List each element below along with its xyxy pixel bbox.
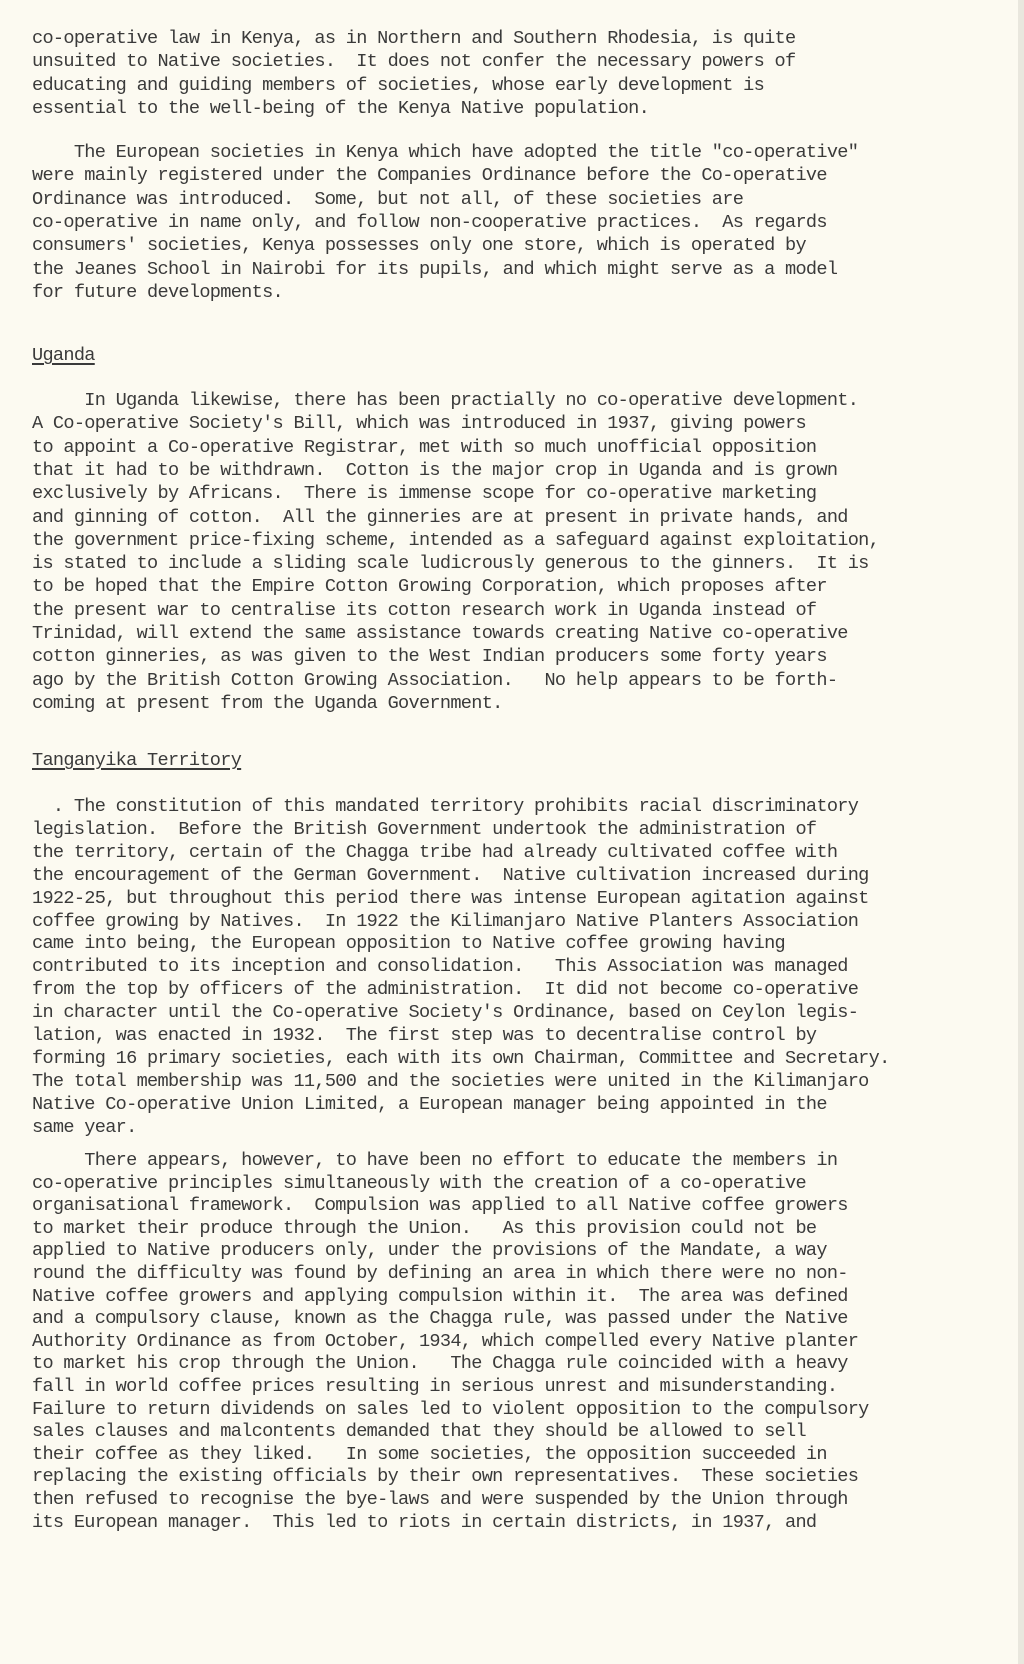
paragraph-line: cotton ginneries, as was given to the We… <box>32 646 827 668</box>
paragraph-line: Native coffee growers and applying compu… <box>32 1286 848 1308</box>
paragraph-line: co-operative in name only, and follow no… <box>32 212 827 234</box>
paragraph-line: Native Co-operative Union Limited, a Eur… <box>32 1094 827 1116</box>
paragraph-line: to be hoped that the Empire Cotton Growi… <box>32 576 827 598</box>
paragraph-line: from the top by officers of the administ… <box>32 979 858 1001</box>
typewritten-page: co-operative law in Kenya, as in Norther… <box>0 0 1018 1664</box>
paragraph-line: the territory, certain of the Chagga tri… <box>32 842 837 864</box>
paragraph-line: There appears, however, to have been no … <box>32 1150 837 1172</box>
paragraph-line: to market his crop through the Union. Th… <box>32 1353 848 1375</box>
paragraph-line: the government price-fixing scheme, inte… <box>32 530 879 552</box>
paragraph-line: Failure to return dividends on sales led… <box>32 1399 869 1421</box>
paragraph-line: educating and guiding members of societi… <box>32 75 764 97</box>
paragraph-line: is stated to include a sliding scale lud… <box>32 553 869 575</box>
paragraph-line: Trinidad, will extend the same assistanc… <box>32 623 848 645</box>
paragraph-line: their coffee as they liked. In some soci… <box>32 1444 827 1466</box>
paragraph-line: sales clauses and malcontents demanded t… <box>32 1421 806 1443</box>
paragraph-line: co-operative principles simultaneously w… <box>32 1173 806 1195</box>
paragraph-line: the Jeanes School in Nairobi for its pup… <box>32 259 837 281</box>
paragraph-line: were mainly registered under the Compani… <box>32 165 827 187</box>
paragraph-line: the present war to centralise its cotton… <box>32 600 816 622</box>
paragraph-line: 1922-25, but throughout this period ther… <box>32 888 869 910</box>
paragraph-line: lation, was enacted in 1932. The first s… <box>32 1025 816 1047</box>
paragraph-line: co-operative law in Kenya, as in Norther… <box>32 28 795 50</box>
paragraph-line: legislation. Before the British Governme… <box>32 819 816 841</box>
paragraph-line: fall in world coffee prices resulting in… <box>32 1376 837 1398</box>
paragraph-line: round the difficulty was found by defini… <box>32 1263 848 1285</box>
section-heading: Uganda <box>32 345 95 367</box>
paragraph-line: coming at present from the Uganda Govern… <box>32 693 503 715</box>
paragraph-line: same year. <box>32 1117 137 1139</box>
section-heading: Tanganyika Territory <box>32 750 241 772</box>
paragraph-line: the encouragement of the German Governme… <box>32 865 869 887</box>
paragraph-line: to appoint a Co-operative Registrar, met… <box>32 437 816 459</box>
paragraph-line: and a compulsory clause, known as the Ch… <box>32 1308 848 1330</box>
paragraph-line: Authority Ordinance as from October, 193… <box>32 1331 858 1353</box>
paragraph-line: its European manager. This led to riots … <box>32 1512 816 1534</box>
paragraph-line: coffee growing by Natives. In 1922 the K… <box>32 911 858 933</box>
paragraph-line: In Uganda likewise, there has been pract… <box>32 390 858 412</box>
paragraph-line: that it had to be withdrawn. Cotton is t… <box>32 460 837 482</box>
paragraph-line: essential to the well-being of the Kenya… <box>32 98 649 120</box>
paragraph-line: applied to Native producers only, under … <box>32 1240 827 1262</box>
paragraph-line: then refused to recognise the bye-laws a… <box>32 1489 848 1511</box>
paragraph-line: . The constitution of this mandated terr… <box>32 796 858 818</box>
paragraph-line: to market their produce through the Unio… <box>32 1218 816 1240</box>
paragraph-line: for future developments. <box>32 282 283 304</box>
paragraph-line: exclusively by Africans. There is immens… <box>32 483 816 505</box>
paper-edge <box>1018 0 1024 1664</box>
paragraph-line: in character until the Co-operative Soci… <box>32 1002 858 1024</box>
paragraph-line: ago by the British Cotton Growing Associ… <box>32 670 837 692</box>
paragraph-line: contributed to its inception and consoli… <box>32 956 848 978</box>
paragraph-line: replacing the existing officials by thei… <box>32 1466 858 1488</box>
paragraph-line: unsuited to Native societies. It does no… <box>32 51 795 73</box>
paragraph-line: The total membership was 11,500 and the … <box>32 1071 869 1093</box>
paragraph-line: and ginning of cotton. All the ginneries… <box>32 507 848 529</box>
paragraph-line: Ordinance was introduced. Some, but not … <box>32 189 743 211</box>
paragraph-line: A Co-operative Society's Bill, which was… <box>32 413 806 435</box>
paragraph-line: came into being, the European opposition… <box>32 933 785 955</box>
paragraph-line: The European societies in Kenya which ha… <box>32 142 858 164</box>
paragraph-line: organisational framework. Compulsion was… <box>32 1195 848 1217</box>
paragraph-line: forming 16 primary societies, each with … <box>32 1048 890 1070</box>
paragraph-line: consumers' societies, Kenya possesses on… <box>32 235 806 257</box>
